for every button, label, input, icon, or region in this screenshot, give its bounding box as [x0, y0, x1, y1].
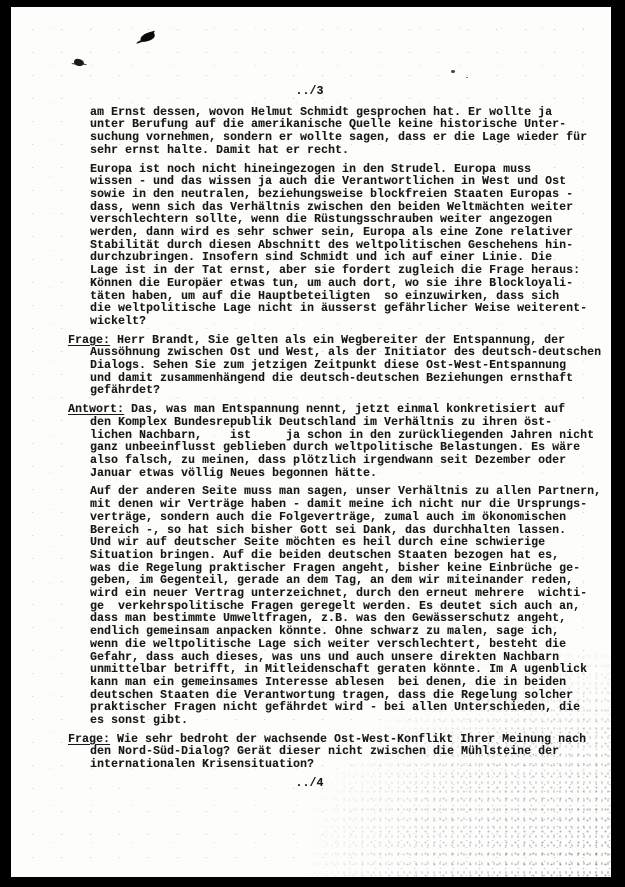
text-line: wird ein neuer Vertrag unterzeichnet, du… — [90, 588, 595, 601]
body-paragraph: am Ernst dessen, wovon Helmut Schmidt ge… — [68, 107, 595, 158]
text-line: suchung vornehmen, sondern er wollte sag… — [90, 132, 595, 145]
speaker-label: Frage: — [68, 733, 110, 746]
text-line: es sonst gibt. — [90, 715, 595, 728]
text-line: Dialogs. Sehen Sie zum jetzigen Zeitpunk… — [90, 360, 595, 373]
text-line: endlich gemeinsam anpacken könnte. Ohne … — [90, 626, 595, 639]
text-line: wenn die weltpolitische Lage sich weiter… — [90, 639, 595, 652]
text-line: kann man ein gemeinsames Interesse ables… — [90, 677, 595, 690]
text-line: werden, dann wird es sehr schwer sein, E… — [90, 227, 595, 240]
speaker-label: Antwort: — [68, 403, 124, 416]
scanned-document-screenshot: { "colors": { "scan_border": "#000000", … — [0, 0, 625, 887]
text-line: internationalen Krisensituation? — [90, 759, 595, 772]
text-line: verträge, sondern auch die Folgeverträge… — [90, 512, 595, 525]
text-line: Lage ist in der Tat ernst, aber sie ford… — [90, 265, 595, 278]
speaker-label: Frage: — [68, 334, 110, 347]
text-line: die weltpolitische Lage nicht in äussers… — [90, 303, 595, 316]
text-line: gefährdet? — [90, 385, 595, 398]
text-line: Januar etwas völlig Neues begonnen hätte… — [90, 468, 595, 481]
page-number-top: ../3 — [46, 86, 573, 99]
text-line: wickelt? — [90, 316, 595, 329]
qa-paragraph: Frage: Herr Brandt, Sie gelten als ein W… — [68, 335, 595, 399]
text-line: Antwort: Das, was man Entspannung nennt,… — [90, 404, 595, 417]
text-line: mit denen wir Verträge haben - damit mei… — [90, 499, 595, 512]
document-content: ../3 am Ernst dessen, wovon Helmut Schmi… — [68, 7, 595, 791]
text-line: sowie in den neutralen, beziehungsweise … — [90, 189, 595, 202]
text-line: Können die Europäer etwas tun, um auch d… — [90, 278, 595, 291]
qa-paragraph: Antwort: Das, was man Entspannung nennt,… — [68, 404, 595, 480]
page-number-bottom: ../4 — [46, 778, 573, 791]
text-line: Situation bringen. Auf die beiden deutsc… — [90, 550, 595, 563]
text-line: sehr ernst halte. Damit hat er recht. — [90, 145, 595, 158]
text-line: und damit zusammenhängend die deutsch-de… — [90, 373, 595, 386]
text-line: also falsch, zu meinen, dass plötzlich i… — [90, 455, 595, 468]
text-line: Und wir auf deutscher Seite möchten es h… — [90, 537, 595, 550]
text-line: den Komplex Bundesrepublik Deutschland i… — [90, 417, 595, 430]
scanned-page: ../3 am Ernst dessen, wovon Helmut Schmi… — [11, 7, 611, 877]
qa-paragraph: Frage: Wie sehr bedroht der wachsende Os… — [68, 734, 595, 772]
document-body: am Ernst dessen, wovon Helmut Schmidt ge… — [68, 107, 595, 772]
body-paragraph: Auf der anderen Seite muss man sagen, un… — [68, 486, 595, 727]
body-paragraph: Europa ist noch nicht hineingezogen in d… — [68, 164, 595, 329]
